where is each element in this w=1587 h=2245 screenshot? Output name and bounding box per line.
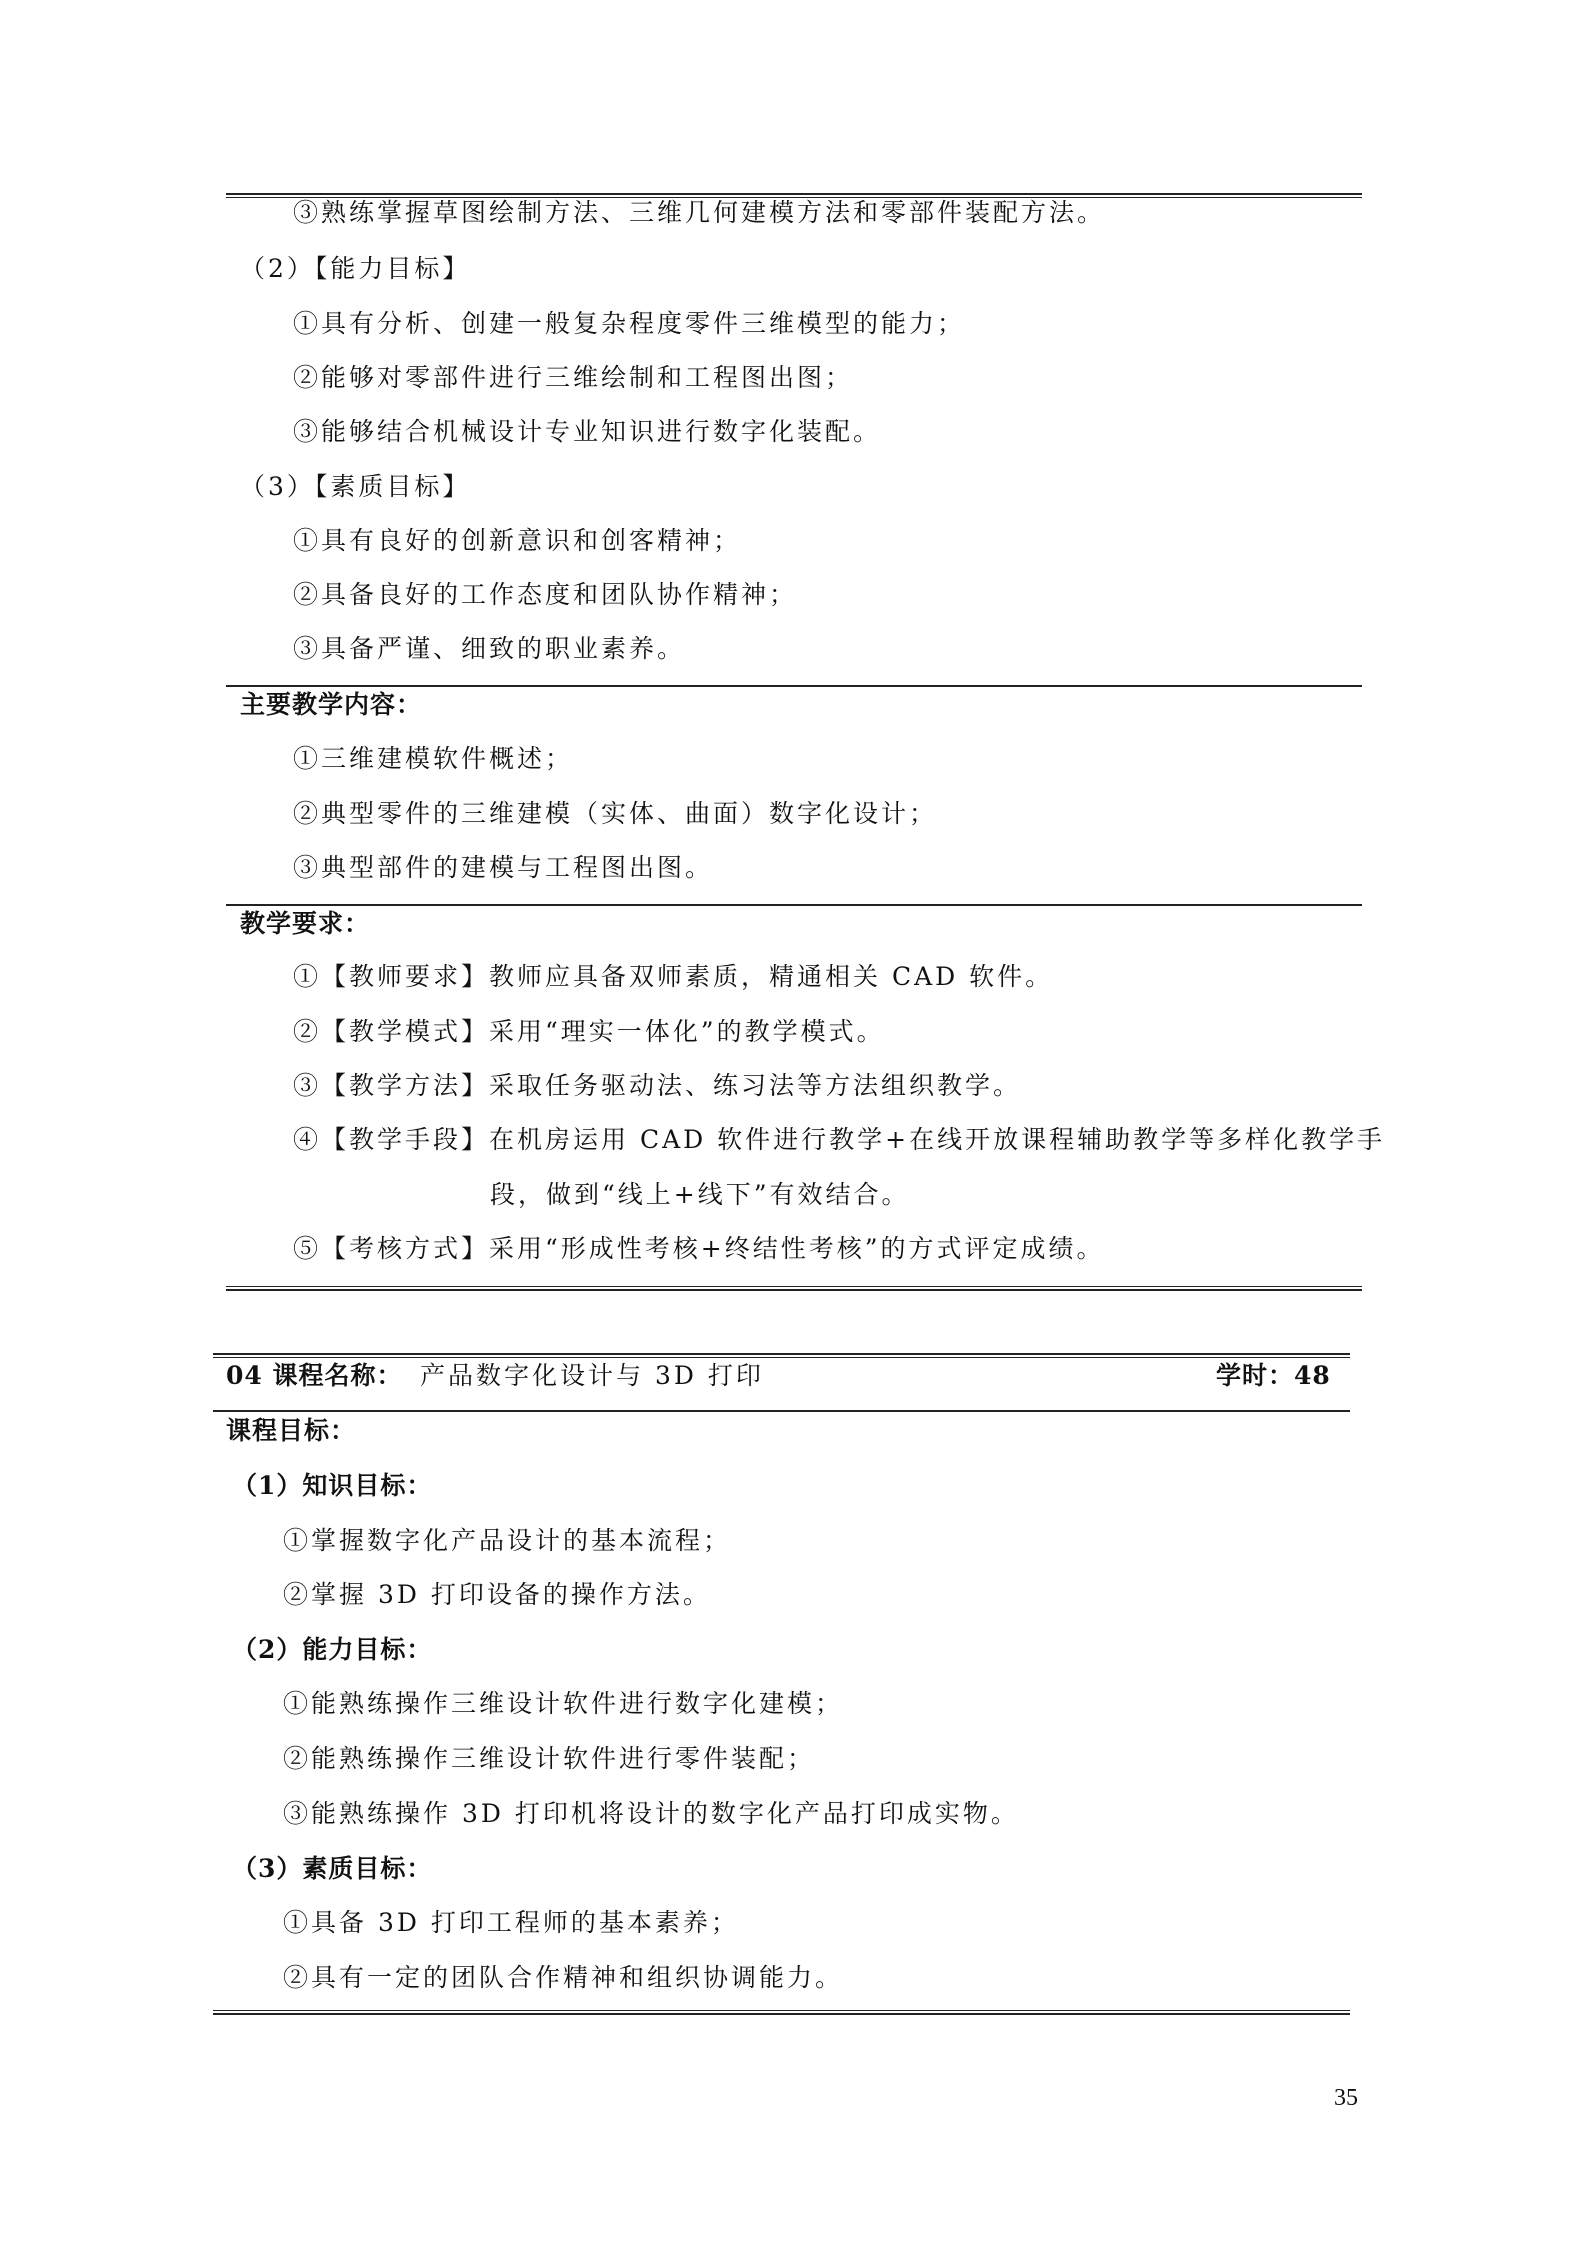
- table-bottom-rule-1: [213, 2010, 1350, 2011]
- content-item-1: ①三维建模软件概述；: [293, 744, 573, 774]
- course-hours: 学时：48: [1216, 1361, 1331, 1391]
- row-divider: [213, 1410, 1350, 1412]
- knowledge-item-1: ①掌握数字化产品设计的基本流程；: [283, 1526, 731, 1556]
- ability-item-1: ①能熟练操作三维设计软件进行数字化建模；: [283, 1689, 843, 1719]
- requirement-item-2: ②【教学模式】采用“理实一体化”的教学模式。: [293, 1017, 885, 1047]
- requirement-item-4-cont: 段，做到“线上+线下”有效结合。: [490, 1180, 910, 1210]
- quality-item-3: ③具备严谨、细致的职业素养。: [293, 634, 685, 664]
- quality-heading: （3）素质目标：: [232, 1854, 432, 1884]
- quality-item-1: ①具备 3D 打印工程师的基本素养；: [283, 1908, 739, 1938]
- row-divider: [226, 685, 1362, 687]
- table-top-rule-1: [213, 1353, 1350, 1355]
- requirement-item-3: ③【教学方法】采取任务驱动法、练习法等方法组织教学。: [293, 1071, 1021, 1101]
- table-top-rule-1: [226, 193, 1362, 195]
- row-divider: [226, 904, 1362, 906]
- quality-item-2: ②具有一定的团队合作精神和组织协调能力。: [283, 1963, 843, 1993]
- requirement-item-1: ①【教师要求】教师应具备双师素质，精通相关 CAD 软件。: [293, 962, 1053, 992]
- knowledge-item-2: ②掌握 3D 打印设备的操作方法。: [283, 1580, 711, 1610]
- content-heading: 主要教学内容：: [240, 690, 422, 720]
- ability-item-3: ③能熟练操作 3D 打印机将设计的数字化产品打印成实物。: [283, 1799, 1019, 1829]
- table-bottom-rule-1: [226, 1286, 1362, 1287]
- course-label: 04 课程名称：: [226, 1361, 403, 1391]
- quality-item-1: ①具有良好的创新意识和创客精神；: [293, 526, 741, 556]
- table-top-rule-2: [213, 1357, 1350, 1358]
- knowledge-item-3: ③熟练掌握草图绘制方法、三维几何建模方法和零部件装配方法。: [293, 198, 1105, 228]
- table-bottom-rule-2: [226, 1289, 1362, 1291]
- objectives-heading: 课程目标：: [226, 1416, 356, 1446]
- ability-heading: （2）能力目标：: [232, 1635, 432, 1665]
- ability-heading: （2）【能力目标】: [240, 254, 470, 284]
- ability-item-2: ②能熟练操作三维设计软件进行零件装配；: [283, 1744, 815, 1774]
- content-item-3: ③典型部件的建模与工程图出图。: [293, 853, 713, 883]
- requirement-item-4: ④【教学手段】在机房运用 CAD 软件进行教学+在线开放课程辅助教学等多样化教学…: [293, 1125, 1385, 1155]
- content-item-2: ②典型零件的三维建模（实体、曲面）数字化设计；: [293, 799, 937, 829]
- requirements-heading: 教学要求：: [240, 909, 370, 939]
- quality-item-2: ②具备良好的工作态度和团队协作精神；: [293, 580, 797, 610]
- table-bottom-rule-2: [213, 2013, 1350, 2015]
- quality-heading: （3）【素质目标】: [240, 472, 470, 502]
- ability-item-2: ②能够对零部件进行三维绘制和工程图出图；: [293, 363, 853, 393]
- requirement-item-5: ⑤【考核方式】采用“形成性考核+终结性考核”的方式评定成绩。: [293, 1234, 1105, 1264]
- ability-item-1: ①具有分析、创建一般复杂程度零件三维模型的能力；: [293, 309, 965, 339]
- knowledge-heading: （1）知识目标：: [232, 1471, 432, 1501]
- ability-item-3: ③能够结合机械设计专业知识进行数字化装配。: [293, 417, 881, 447]
- page-number: 35: [1334, 2085, 1358, 2112]
- course-name: 产品数字化设计与 3D 打印: [420, 1361, 764, 1391]
